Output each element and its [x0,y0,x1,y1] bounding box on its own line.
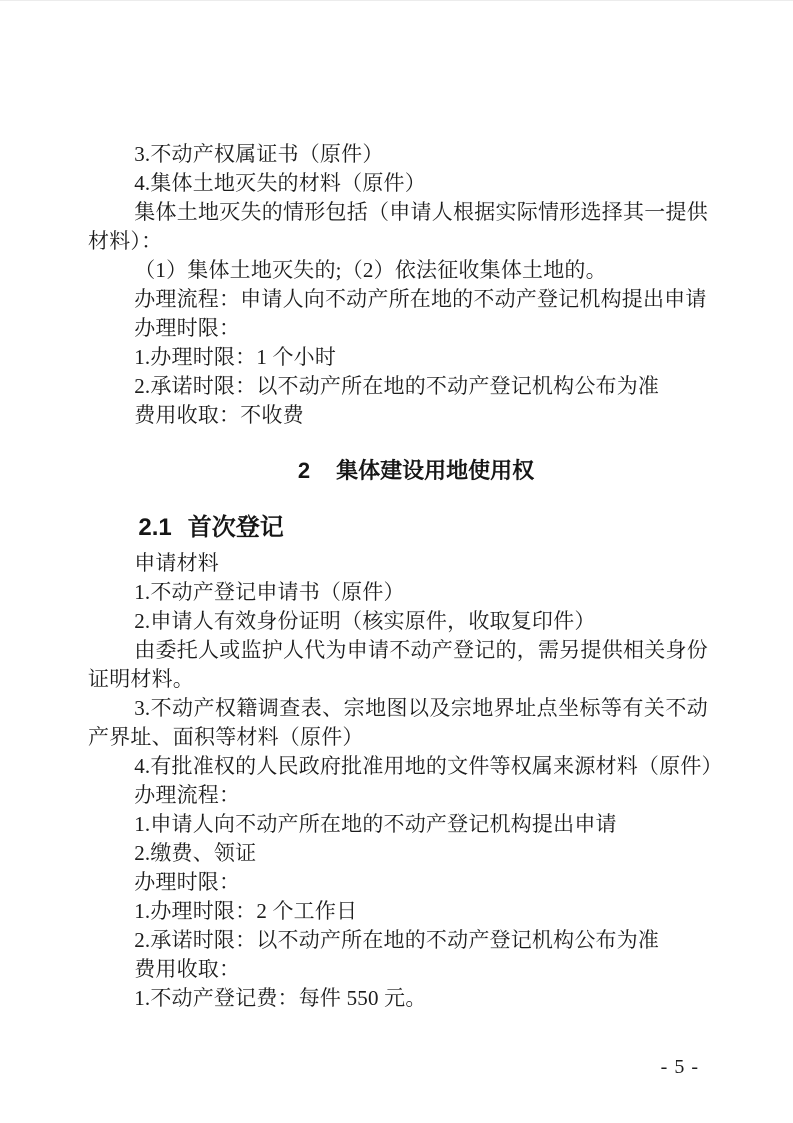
chapter-heading: 2集体建设用地使用权 [106,456,726,485]
paragraph-time-limit-label: 办理时限： [88,868,708,897]
document-page: 3.不动产权属证书（原件） 4.集体土地灭失的材料（原件） 集体土地灭失的情形包… [0,0,793,1123]
section-first-registration: 申请材料 1.不动产登记申请书（原件） 2.申请人有效身份证明（核实原件，收取复… [88,549,708,1013]
paragraph-land-loss-cases: （1）集体土地灭失的;（2）依法征收集体土地的。 [88,256,708,285]
paragraph-process: 办理流程：申请人向不动产所在地的不动产登记机构提出申请 [88,285,708,314]
paragraph-process-step1: 1.申请人向不动产所在地的不动产登记机构提出申请 [88,810,708,839]
paragraph-land-loss-cases-intro: 集体土地灭失的情形包括（申请人根据实际情形选择其一提供材料）： [88,198,708,256]
paragraph-process-label: 办理流程： [88,781,708,810]
paragraph-process-step2: 2.缴费、领证 [88,839,708,868]
document-body: 3.不动产权属证书（原件） 4.集体土地灭失的材料（原件） 集体土地灭失的情形包… [88,140,708,1013]
paragraph-land-loss-material: 4.集体土地灭失的材料（原件） [88,169,708,198]
page-number: - 5 - [661,1055,699,1079]
paragraph-promised-time: 2.承诺时限：以不动产所在地的不动产登记机构公布为准 [88,372,708,401]
paragraph-application-materials-label: 申请材料 [88,549,708,578]
paragraph-fee-label: 费用收取： [88,955,708,984]
paragraph-time-limit-label: 办理时限： [88,314,708,343]
paragraph-handling-time: 1.办理时限：1 个小时 [88,343,708,372]
chapter-title: 集体建设用地使用权 [336,458,534,483]
paragraph-application-form: 1.不动产登记申请书（原件） [88,578,708,607]
subsection-number: 2.1 [138,514,171,541]
paragraph-handling-time: 1.办理时限：2 个工作日 [88,897,708,926]
paragraph-government-approval-materials: 4.有批准权的人民政府批准用地的文件等权属来源材料（原件） [88,752,708,781]
section-land-loss: 3.不动产权属证书（原件） 4.集体土地灭失的材料（原件） 集体土地灭失的情形包… [88,140,708,430]
paragraph-promised-time: 2.承诺时限：以不动产所在地的不动产登记机构公布为准 [88,926,708,955]
paragraph-fee: 费用收取：不收费 [88,401,708,430]
subsection-heading: 2.1首次登记 [88,513,708,543]
chapter-number: 2 [298,458,310,483]
paragraph-cadastral-survey-materials: 3.不动产权籍调查表、宗地图以及宗地界址点坐标等有关不动产界址、面积等材料（原件… [88,694,708,752]
subsection-title: 首次登记 [188,514,284,541]
paragraph-agent-identity-note: 由委托人或监护人代为申请不动产登记的，需另提供相关身份证明材料。 [88,636,708,694]
paragraph-identity-proof: 2.申请人有效身份证明（核实原件，收取复印件） [88,607,708,636]
paragraph-certificate-original: 3.不动产权属证书（原件） [88,140,708,169]
paragraph-registration-fee: 1.不动产登记费：每件 550 元。 [88,984,708,1013]
